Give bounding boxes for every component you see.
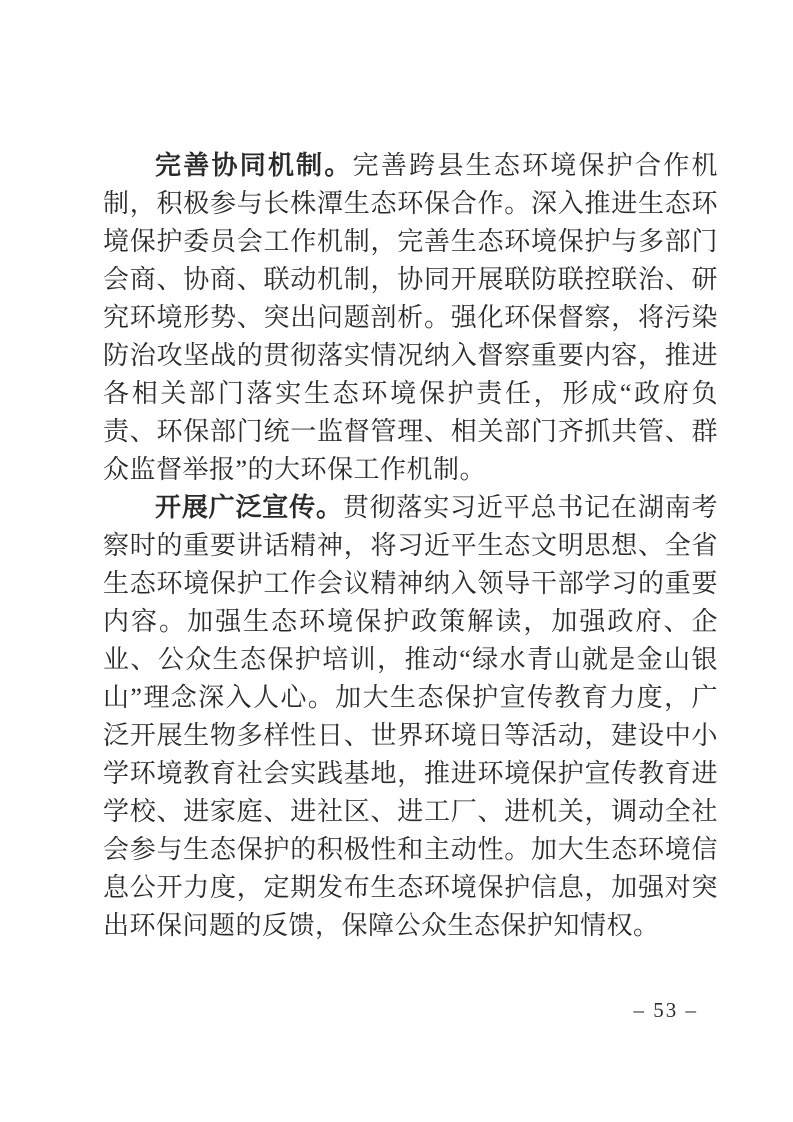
paragraph-2-body: 贯彻落实习近平总书记在湖南考察时的重要讲话精神，将习近平生态文明思想、全省生态环… — [103, 493, 718, 940]
paragraph-coordination-mechanism: 完善协同机制。完善跨县生态环境保护合作机制，积极参与长株潭生态环保合作。深入推进… — [103, 147, 718, 489]
paragraph-2-lead: 开展广泛宣传。 — [155, 493, 343, 522]
paragraph-1-lead: 完善协同机制。 — [155, 151, 353, 180]
paragraph-1-body: 完善跨县生态环境保护合作机制，积极参与长株潭生态环保合作。深入推进生态环境保护委… — [103, 151, 718, 484]
document-page: 完善协同机制。完善跨县生态环境保护合作机制，积极参与长株潭生态环保合作。深入推进… — [0, 0, 793, 1122]
page-number: – 53 – — [634, 998, 699, 1022]
paragraph-publicity-campaign: 开展广泛宣传。贯彻落实习近平总书记在湖南考察时的重要讲话精神，将习近平生态文明思… — [103, 489, 718, 945]
page-content: 完善协同机制。完善跨县生态环境保护合作机制，积极参与长株潭生态环保合作。深入推进… — [103, 147, 718, 945]
